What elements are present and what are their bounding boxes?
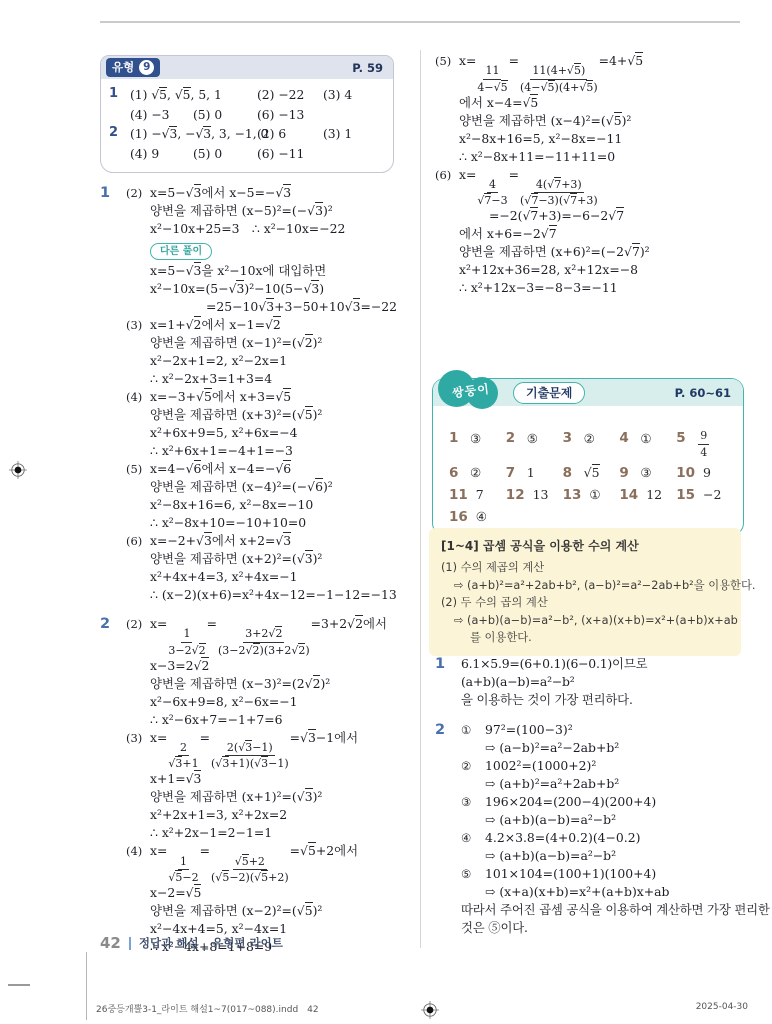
solution-item: (3)x=1+√2에서 x−1=√2양변을 제곱하면 (x−1)²=(√2)²x… — [126, 316, 394, 388]
answer-cell: (4) 9 — [130, 145, 193, 165]
math-line: 양변을 제곱하면 (x+6)²=(−2√7)² — [459, 243, 741, 261]
answer-cell: (2) −22 — [257, 86, 323, 106]
item-label: ③ — [461, 793, 485, 829]
fraction: 1√5−2 — [168, 855, 198, 884]
math-line: 에서 x+6=−2√7 — [459, 225, 741, 243]
math-line: x=−2+√3에서 x+2=√3 — [150, 532, 394, 550]
solution-item: (3)x=2√3+1=2(√3−1)(√3+1)(√3−1)=√3−1에서x+1… — [126, 729, 394, 843]
item-lines: 1002²=(1000+2)²⇨ (a+b)²=a²+2ab+b² — [485, 757, 741, 793]
twin-answer-value: ② — [584, 431, 595, 446]
item-lines: x=5−√3에서 x−5=−√3양변을 제곱하면 (x−5)²=(−√3)²x²… — [150, 184, 394, 316]
math-line: x²+12x+36=28, x²+12x=−8 — [459, 261, 741, 279]
fraction: 2√3+1 — [168, 741, 198, 770]
math-line: ∴ x²−8x+11=−11+11=0 — [459, 148, 741, 166]
twin-answer: 1213 — [506, 487, 563, 503]
answer-cell: (5) 0 — [193, 145, 257, 165]
answer-cell: (3) 4 — [323, 86, 385, 106]
math-line: x−2=√5 — [150, 884, 394, 902]
math-line: 양변을 제곱하면 (x+2)²=(√3)² — [150, 550, 394, 568]
math-line: (a+b)(a−b)=a²−b² — [461, 673, 741, 691]
math-line: 을 이용하는 것이 가장 편리하다. — [461, 691, 741, 709]
alt-solution-row: 다른 풀이 — [150, 240, 394, 260]
type-badge-number: 9 — [139, 60, 154, 75]
solution-number: 2 — [435, 721, 461, 937]
twin-answer-number: 11 — [449, 487, 468, 503]
item-label: (4) — [126, 388, 150, 460]
solution-body: 6.1×5.9=(6+0.1)(6−0.1)이므로(a+b)(a−b)=a²−b… — [461, 655, 741, 709]
twin-answer-value: ⑤ — [527, 431, 538, 446]
twin-answer: 1③ — [449, 430, 506, 446]
math-line: 것은 ⑤이다. — [461, 919, 741, 937]
page-footer: 42 정답과 해설 _ 유형편 라이트 — [100, 934, 283, 952]
math-line: x=1√5−2=√5+2(√5−2)(√5+2)=√5+2에서 — [150, 842, 394, 884]
math-line: x²+6x+9=5, x²+6x=−4 — [150, 424, 394, 442]
solution-block: 1(2)x=5−√3에서 x−5=−√3양변을 제곱하면 (x−5)²=(−√3… — [100, 184, 394, 604]
math-line: x=1+√2에서 x−1=√2 — [150, 316, 394, 334]
math-line: ⇨ (x+a)(x+b)=x²+(a+b)x+ab — [485, 883, 741, 901]
twin-answer-number: 1 — [449, 430, 462, 446]
solution-item: ⑤101×104=(100+1)(100+4)⇨ (x+a)(x+b)=x²+(… — [461, 865, 741, 901]
fraction: 4√7−3 — [477, 178, 507, 207]
math-line: x+1=√3 — [150, 770, 394, 788]
solution-block: 16.1×5.9=(6+0.1)(6−0.1)이므로(a+b)(a−b)=a²−… — [435, 655, 741, 709]
math-line: 양변을 제곱하면 (x+3)²=(√5)² — [150, 406, 394, 424]
twin-answer-number: 9 — [619, 465, 632, 481]
twin-answer: 71 — [506, 465, 563, 481]
twin-answer: 4① — [619, 430, 676, 446]
item-label: (2) — [126, 615, 150, 729]
answer-cell: (3) 1 — [323, 125, 385, 145]
math-line: x²−10x+25=3 ∴ x²−10x=−22 — [150, 220, 394, 238]
answer-box: 유형 9 P. 59 1(1) √5, √5, 5, 1(2) −22(3) 4… — [100, 55, 394, 173]
answer-number: 1 — [109, 86, 130, 106]
fraction: 11(4+√5)(4−√5)(4+√5) — [520, 64, 598, 93]
math-line: ∴ x²−2x+3=1+3=4 — [150, 370, 394, 388]
solution-item: (2)x=5−√3에서 x−5=−√3양변을 제곱하면 (x−5)²=(−√3)… — [126, 184, 394, 316]
fraction: 2(√3−1)(√3+1)(√3−1) — [211, 741, 289, 770]
right-top-solutions: (5)x=114−√5=11(4+√5)(4−√5)(4+√5)=4+√5에서 … — [435, 52, 741, 297]
solution-block: 2①97²=(100−3)²⇨ (a−b)²=a²−2ab+b²②1002²=(… — [435, 721, 741, 937]
twin-answer: 3② — [563, 430, 620, 446]
twin-title-pill: 기출문제 — [513, 382, 585, 404]
solution-item: (5)x=4−√6에서 x−4=−√6양변을 제곱하면 (x−4)²=(−√6)… — [126, 460, 394, 532]
left-column: 유형 9 P. 59 1(1) √5, √5, 5, 1(2) −22(3) 4… — [100, 55, 394, 956]
twin-answer-value: ④ — [476, 509, 487, 524]
twin-answer-value: 7 — [476, 487, 484, 502]
solution-item: ④4.2×3.8=(4+0.2)(4−0.2)⇨ (a+b)(a−b)=a²−b… — [461, 829, 741, 865]
fraction: 114−√5 — [477, 64, 507, 93]
math-line: 따라서 주어진 곱셈 공식을 이용하여 계산하면 가장 편리한 — [461, 901, 741, 919]
twin-answer-number: 15 — [676, 487, 695, 503]
top-rule — [100, 21, 740, 23]
solution-item: ②1002²=(1000+2)²⇨ (a+b)²=a²+2ab+b² — [461, 757, 741, 793]
math-line: x²−6x+9=8, x²−6x=−1 — [150, 693, 394, 711]
math-line: x²+2x+1=3, x²+2x=2 — [150, 806, 394, 824]
math-line: 양변을 제곱하면 (x+1)²=(√3)² — [150, 788, 394, 806]
answer-cell: (1) √5, √5, 5, 1 — [130, 86, 257, 106]
solution-item: (5)x=114−√5=11(4+√5)(4−√5)(4+√5)=4+√5에서 … — [435, 52, 741, 166]
solution-item: (2)x=13−2√2=3+2√2(3−2√2)(3+2√2)=3+2√2에서x… — [126, 615, 394, 729]
twin-answer-value: ① — [589, 487, 600, 502]
item-lines: x=−2+√3에서 x+2=√3양변을 제곱하면 (x+2)²=(√3)²x²+… — [150, 532, 394, 604]
math-line: ∴ x²+12x−3=−8−3=−11 — [459, 279, 741, 297]
right-solution-2: 2①97²=(100−3)²⇨ (a−b)²=a²−2ab+b²②1002²=(… — [435, 710, 741, 937]
math-line: ∴ x²+6x+1=−4+1=−3 — [150, 442, 394, 460]
math-line: x=4−√6에서 x−4=−√6 — [150, 460, 394, 478]
math-line: 양변을 제곱하면 (x−5)²=(−√3)² — [150, 202, 394, 220]
solution-body: ①97²=(100−3)²⇨ (a−b)²=a²−2ab+b²②1002²=(1… — [461, 721, 741, 937]
print-filename: 26중등개뿔3-1_라이트 해설1~7(017~088).indd 42 — [96, 1002, 319, 1015]
item-label: (3) — [126, 729, 150, 843]
page-number: 42 — [100, 934, 121, 952]
answer-row: (4) 9(5) 0(6) −11 — [109, 145, 385, 165]
item-lines: x=4−√6에서 x−4=−√6양변을 제곱하면 (x−4)²=(−√6)²x²… — [150, 460, 394, 532]
print-dash — [8, 984, 30, 986]
item-label: (2) — [126, 184, 150, 316]
solution-number: 1 — [100, 184, 126, 604]
twin-answer-value: ③ — [470, 431, 481, 446]
answer-cell: (6) −13 — [257, 106, 323, 126]
item-lines: 4.2×3.8=(4+0.2)(4−0.2)⇨ (a+b)(a−b)=a²−b² — [485, 829, 741, 865]
solution-paragraph: 6.1×5.9=(6+0.1)(6−0.1)이므로(a+b)(a−b)=a²−b… — [461, 655, 741, 709]
twin-answer: 13① — [563, 487, 620, 503]
item-label: (3) — [126, 316, 150, 388]
twin-answer-number: 3 — [563, 430, 576, 446]
left-solutions: 1(2)x=5−√3에서 x−5=−√3양변을 제곱하면 (x−5)²=(−√3… — [100, 184, 394, 956]
alt-solution-badge: 다른 풀이 — [150, 243, 212, 260]
twin-answer-value: 1 — [527, 465, 535, 480]
column-divider — [420, 50, 421, 948]
item-lines: 97²=(100−3)²⇨ (a−b)²=a²−2ab+b² — [485, 721, 741, 757]
twin-answer-value: √5 — [584, 465, 600, 480]
twin-answer: 9③ — [619, 465, 676, 481]
twin-answer-number: 12 — [506, 487, 525, 503]
concept-lines: (1) 수의 제곱의 계산⇨ (a+b)²=a²+2ab+b², (a−b)²=… — [441, 559, 729, 647]
answer-cell: (5) 0 — [193, 106, 257, 126]
twin-answer-number: 5 — [676, 430, 689, 446]
right-solution-1: 16.1×5.9=(6+0.1)(6−0.1)이므로(a+b)(a−b)=a²−… — [435, 644, 741, 709]
item-lines: x=−3+√5에서 x+3=√5양변을 제곱하면 (x+3)²=(√5)²x²+… — [150, 388, 394, 460]
math-line: x=2√3+1=2(√3−1)(√3+1)(√3−1)=√3−1에서 — [150, 729, 394, 771]
registration-mark-left — [9, 461, 27, 483]
math-line: ⇨ (a+b)(a−b)=a²−b² — [485, 811, 741, 829]
math-line: =25−10√3+3−50+10√3=−22 — [206, 298, 394, 316]
twin-answer-number: 7 — [506, 465, 519, 481]
math-line: 101×104=(100+1)(100+4) — [485, 865, 741, 883]
twin-problems-box: 쌍둥이 기출문제 P. 60~61 1③2⑤3②4①5946②718√59③10… — [432, 378, 744, 536]
math-line: 에서 x−4=√5 — [459, 94, 741, 112]
registration-mark-bottom — [421, 1001, 439, 1023]
answer-row: 2(1) −√3, −√3, 3, −1, 0(2) 6(3) 1 — [109, 125, 385, 145]
concept-line: (1) 수의 제곱의 계산 — [441, 559, 729, 577]
twin-answer-value: 12 — [646, 487, 662, 502]
concept-box: [1~4] 곱셈 공식을 이용한 수의 계산 (1) 수의 제곱의 계산⇨ (a… — [429, 528, 741, 656]
math-line: =−2(√7+3)=−6−2√7 — [489, 207, 741, 225]
item-label: (6) — [435, 166, 459, 298]
twin-answer-number: 4 — [619, 430, 632, 446]
solution-item: ③196×204=(200−4)(200+4)⇨ (a+b)(a−b)=a²−b… — [461, 793, 741, 829]
math-line: 97²=(100−3)² — [485, 721, 741, 739]
math-line: x−3=2√2 — [150, 657, 394, 675]
twin-answer-number: 2 — [506, 430, 519, 446]
item-lines: x=1+√2에서 x−1=√2양변을 제곱하면 (x−1)²=(√2)²x²−2… — [150, 316, 394, 388]
item-lines: x=114−√5=11(4+√5)(4−√5)(4+√5)=4+√5에서 x−4… — [459, 52, 741, 166]
math-line: 양변을 제곱하면 (x−4)²=(√5)² — [459, 112, 741, 130]
answer-cell: (4) −3 — [130, 106, 193, 126]
twin-answer: 117 — [449, 487, 506, 503]
fraction: 4(√7+3)(√7−3)(√7+3) — [520, 178, 598, 207]
twin-answer-value: −2 — [703, 487, 721, 502]
concept-line: ⇨ (a+b)(a−b)=a²−b², (x+a)(x+b)=x²+(a+b)x… — [454, 612, 729, 630]
answer-row: (4) −3(5) 0(6) −13 — [109, 106, 385, 126]
solution-paragraph: 따라서 주어진 곱셈 공식을 이용하여 계산하면 가장 편리한것은 ⑤이다. — [461, 901, 741, 937]
print-date: 2025-04-30 — [696, 1002, 748, 1012]
type-badge: 유형 9 — [106, 58, 160, 77]
solution-item: (6)x=4√7−3=4(√7+3)(√7−3)(√7+3)=−2(√7+3)=… — [435, 166, 741, 298]
answer-box-rows: 1(1) √5, √5, 5, 1(2) −22(3) 4(4) −3(5) 0… — [101, 79, 393, 172]
math-line: x=13−2√2=3+2√2(3−2√2)(3+2√2)=3+2√2에서 — [150, 615, 394, 657]
concept-line: ⇨ (a+b)²=a²+2ab+b², (a−b)²=a²−2ab+b²을 이용… — [454, 577, 729, 595]
fraction: √5+2(√5−2)(√5+2) — [211, 855, 289, 884]
math-line: 196×204=(200−4)(200+4) — [485, 793, 741, 811]
twin-answer-number: 6 — [449, 465, 462, 481]
solution-item: (6)x=−2+√3에서 x+2=√3양변을 제곱하면 (x+2)²=(√3)²… — [126, 532, 394, 604]
fraction: 13−2√2 — [168, 627, 205, 656]
twin-answer-value: ① — [640, 431, 651, 446]
twin-answer-value: 9 — [703, 465, 711, 480]
answer-box-header: 유형 9 P. 59 — [101, 56, 393, 79]
twin-answer: 8√5 — [563, 465, 620, 481]
twin-answer-number: 8 — [563, 465, 576, 481]
footer-label: 정답과 해설 _ 유형편 라이트 — [139, 935, 283, 951]
twin-answer-value: 13 — [533, 487, 549, 502]
twin-answer: 2⑤ — [506, 430, 563, 446]
item-lines: x=4√7−3=4(√7+3)(√7−3)(√7+3)=−2(√7+3)=−6−… — [459, 166, 741, 298]
math-line: x²−2x+1=2, x²−2x=1 — [150, 352, 394, 370]
twin-answer-number: 16 — [449, 509, 468, 525]
twin-answer: 109 — [676, 465, 733, 481]
math-line: x²−8x+16=6, x²−8x=−10 — [150, 496, 394, 514]
solution-number: 1 — [435, 655, 461, 709]
solution-body: (5)x=114−√5=11(4+√5)(4−√5)(4+√5)=4+√5에서 … — [435, 52, 741, 297]
solution-block: 2(2)x=13−2√2=3+2√2(3−2√2)(3+2√2)=3+2√2에서… — [100, 615, 394, 956]
twin-answer: 1412 — [619, 487, 676, 503]
concept-line: (2) 두 수의 곱의 계산 — [441, 594, 729, 612]
math-line: 양변을 제곱하면 (x−2)²=(√5)² — [150, 902, 394, 920]
twin-answer-value: 94 — [697, 418, 710, 459]
answer-number — [109, 106, 130, 126]
math-line: 양변을 제곱하면 (x−4)²=(−√6)² — [150, 478, 394, 496]
type-badge-label: 유형 — [112, 59, 134, 75]
footer-divider — [129, 937, 131, 950]
solution-item: (4)x=−3+√5에서 x+3=√5양변을 제곱하면 (x+3)²=(√5)²… — [126, 388, 394, 460]
math-line: x²−8x+16=5, x²−8x=−11 — [459, 130, 741, 148]
twin-box-header: 쌍둥이 기출문제 P. 60~61 — [433, 379, 743, 406]
math-line: 양변을 제곱하면 (x−1)²=(√2)² — [150, 334, 394, 352]
fraction: 94 — [698, 429, 709, 458]
answer-number — [109, 145, 130, 165]
item-label: ② — [461, 757, 485, 793]
answer-cell: (2) 6 — [257, 125, 323, 145]
math-line: 양변을 제곱하면 (x−3)²=(2√2)² — [150, 675, 394, 693]
fraction: 3+2√2(3−2√2)(3+2√2) — [218, 627, 310, 656]
answer-cell: (1) −√3, −√3, 3, −1, 0 — [130, 125, 257, 145]
math-line: 4.2×3.8=(4+0.2)(4−0.2) — [485, 829, 741, 847]
math-line: x²−10x=(5−√3)²−10(5−√3) — [150, 280, 394, 298]
math-line: ∴ x²−8x+10=−10+10=0 — [150, 514, 394, 532]
twin-answer-value: ② — [470, 465, 481, 480]
twin-logo: 쌍둥이 — [438, 370, 504, 414]
math-line: x=114−√5=11(4+√5)(4−√5)(4+√5)=4+√5 — [459, 52, 741, 94]
twin-answer: 594 — [676, 418, 733, 459]
twin-page-ref: P. 60~61 — [675, 386, 731, 400]
math-line: ⇨ (a+b)(a−b)=a²−b² — [485, 847, 741, 865]
twin-answer-grid: 1③2⑤3②4①5946②718√59③109117121313①141215−… — [433, 406, 743, 535]
item-lines: x=13−2√2=3+2√2(3−2√2)(3+2√2)=3+2√2에서x−3=… — [150, 615, 394, 729]
answer-cell: (6) −11 — [257, 145, 323, 165]
math-line: ∴ (x−2)(x+6)=x²+4x−12=−1−12=−13 — [150, 586, 394, 604]
solution-number: 2 — [100, 615, 126, 956]
math-line: ∴ x²+2x−1=2−1=1 — [150, 824, 394, 842]
item-label: (6) — [126, 532, 150, 604]
twin-answer: 16④ — [449, 509, 506, 525]
math-line: ⇨ (a+b)²=a²+2ab+b² — [485, 775, 741, 793]
math-line: 6.1×5.9=(6+0.1)(6−0.1)이므로 — [461, 655, 741, 673]
solution-item: ①97²=(100−3)²⇨ (a−b)²=a²−2ab+b² — [461, 721, 741, 757]
math-line: x=4√7−3=4(√7+3)(√7−3)(√7+3) — [459, 166, 741, 208]
item-label: (5) — [435, 52, 459, 166]
item-lines: x=2√3+1=2(√3−1)(√3+1)(√3−1)=√3−1에서x+1=√3… — [150, 729, 394, 843]
item-label: ⑤ — [461, 865, 485, 901]
math-line: x=5−√3에서 x−5=−√3 — [150, 184, 394, 202]
math-line: ⇨ (a−b)²=a²−2ab+b² — [485, 739, 741, 757]
item-label: ④ — [461, 829, 485, 865]
twin-answer: 6② — [449, 465, 506, 481]
right-column: (5)x=114−√5=11(4+√5)(4−√5)(4+√5)=4+√5에서 … — [435, 52, 741, 964]
twin-answer-value: ③ — [640, 465, 651, 480]
twin-answer-number: 14 — [619, 487, 638, 503]
math-line: x²+4x+4=3, x²+4x=−1 — [150, 568, 394, 586]
item-label: (5) — [126, 460, 150, 532]
workbook-solutions-page: 유형 9 P. 59 1(1) √5, √5, 5, 1(2) −22(3) 4… — [0, 0, 772, 1024]
math-line: 1002²=(1000+2)² — [485, 757, 741, 775]
answer-number: 2 — [109, 125, 130, 145]
solution-body: (2)x=5−√3에서 x−5=−√3양변을 제곱하면 (x−5)²=(−√3)… — [126, 184, 394, 604]
twin-answer-number: 13 — [563, 487, 582, 503]
math-line: ∴ x²−6x+7=−1+7=6 — [150, 711, 394, 729]
math-line: x=−3+√5에서 x+3=√5 — [150, 388, 394, 406]
print-crop-line — [86, 952, 87, 1020]
item-label: ① — [461, 721, 485, 757]
concept-title: [1~4] 곱셈 공식을 이용한 수의 계산 — [441, 537, 729, 554]
item-lines: 196×204=(200−4)(200+4)⇨ (a+b)(a−b)=a²−b² — [485, 793, 741, 829]
answer-box-page-ref: P. 59 — [352, 61, 383, 75]
answer-row: 1(1) √5, √5, 5, 1(2) −22(3) 4 — [109, 86, 385, 106]
solution-body: (2)x=13−2√2=3+2√2(3−2√2)(3+2√2)=3+2√2에서x… — [126, 615, 394, 956]
math-line: x=5−√3을 x²−10x에 대입하면 — [150, 262, 394, 280]
solution-block: (5)x=114−√5=11(4+√5)(4−√5)(4+√5)=4+√5에서 … — [435, 52, 741, 297]
item-lines: 101×104=(100+1)(100+4)⇨ (x+a)(x+b)=x²+(a… — [485, 865, 741, 901]
twin-answer-number: 10 — [676, 465, 695, 481]
twin-answer: 15−2 — [676, 487, 733, 503]
